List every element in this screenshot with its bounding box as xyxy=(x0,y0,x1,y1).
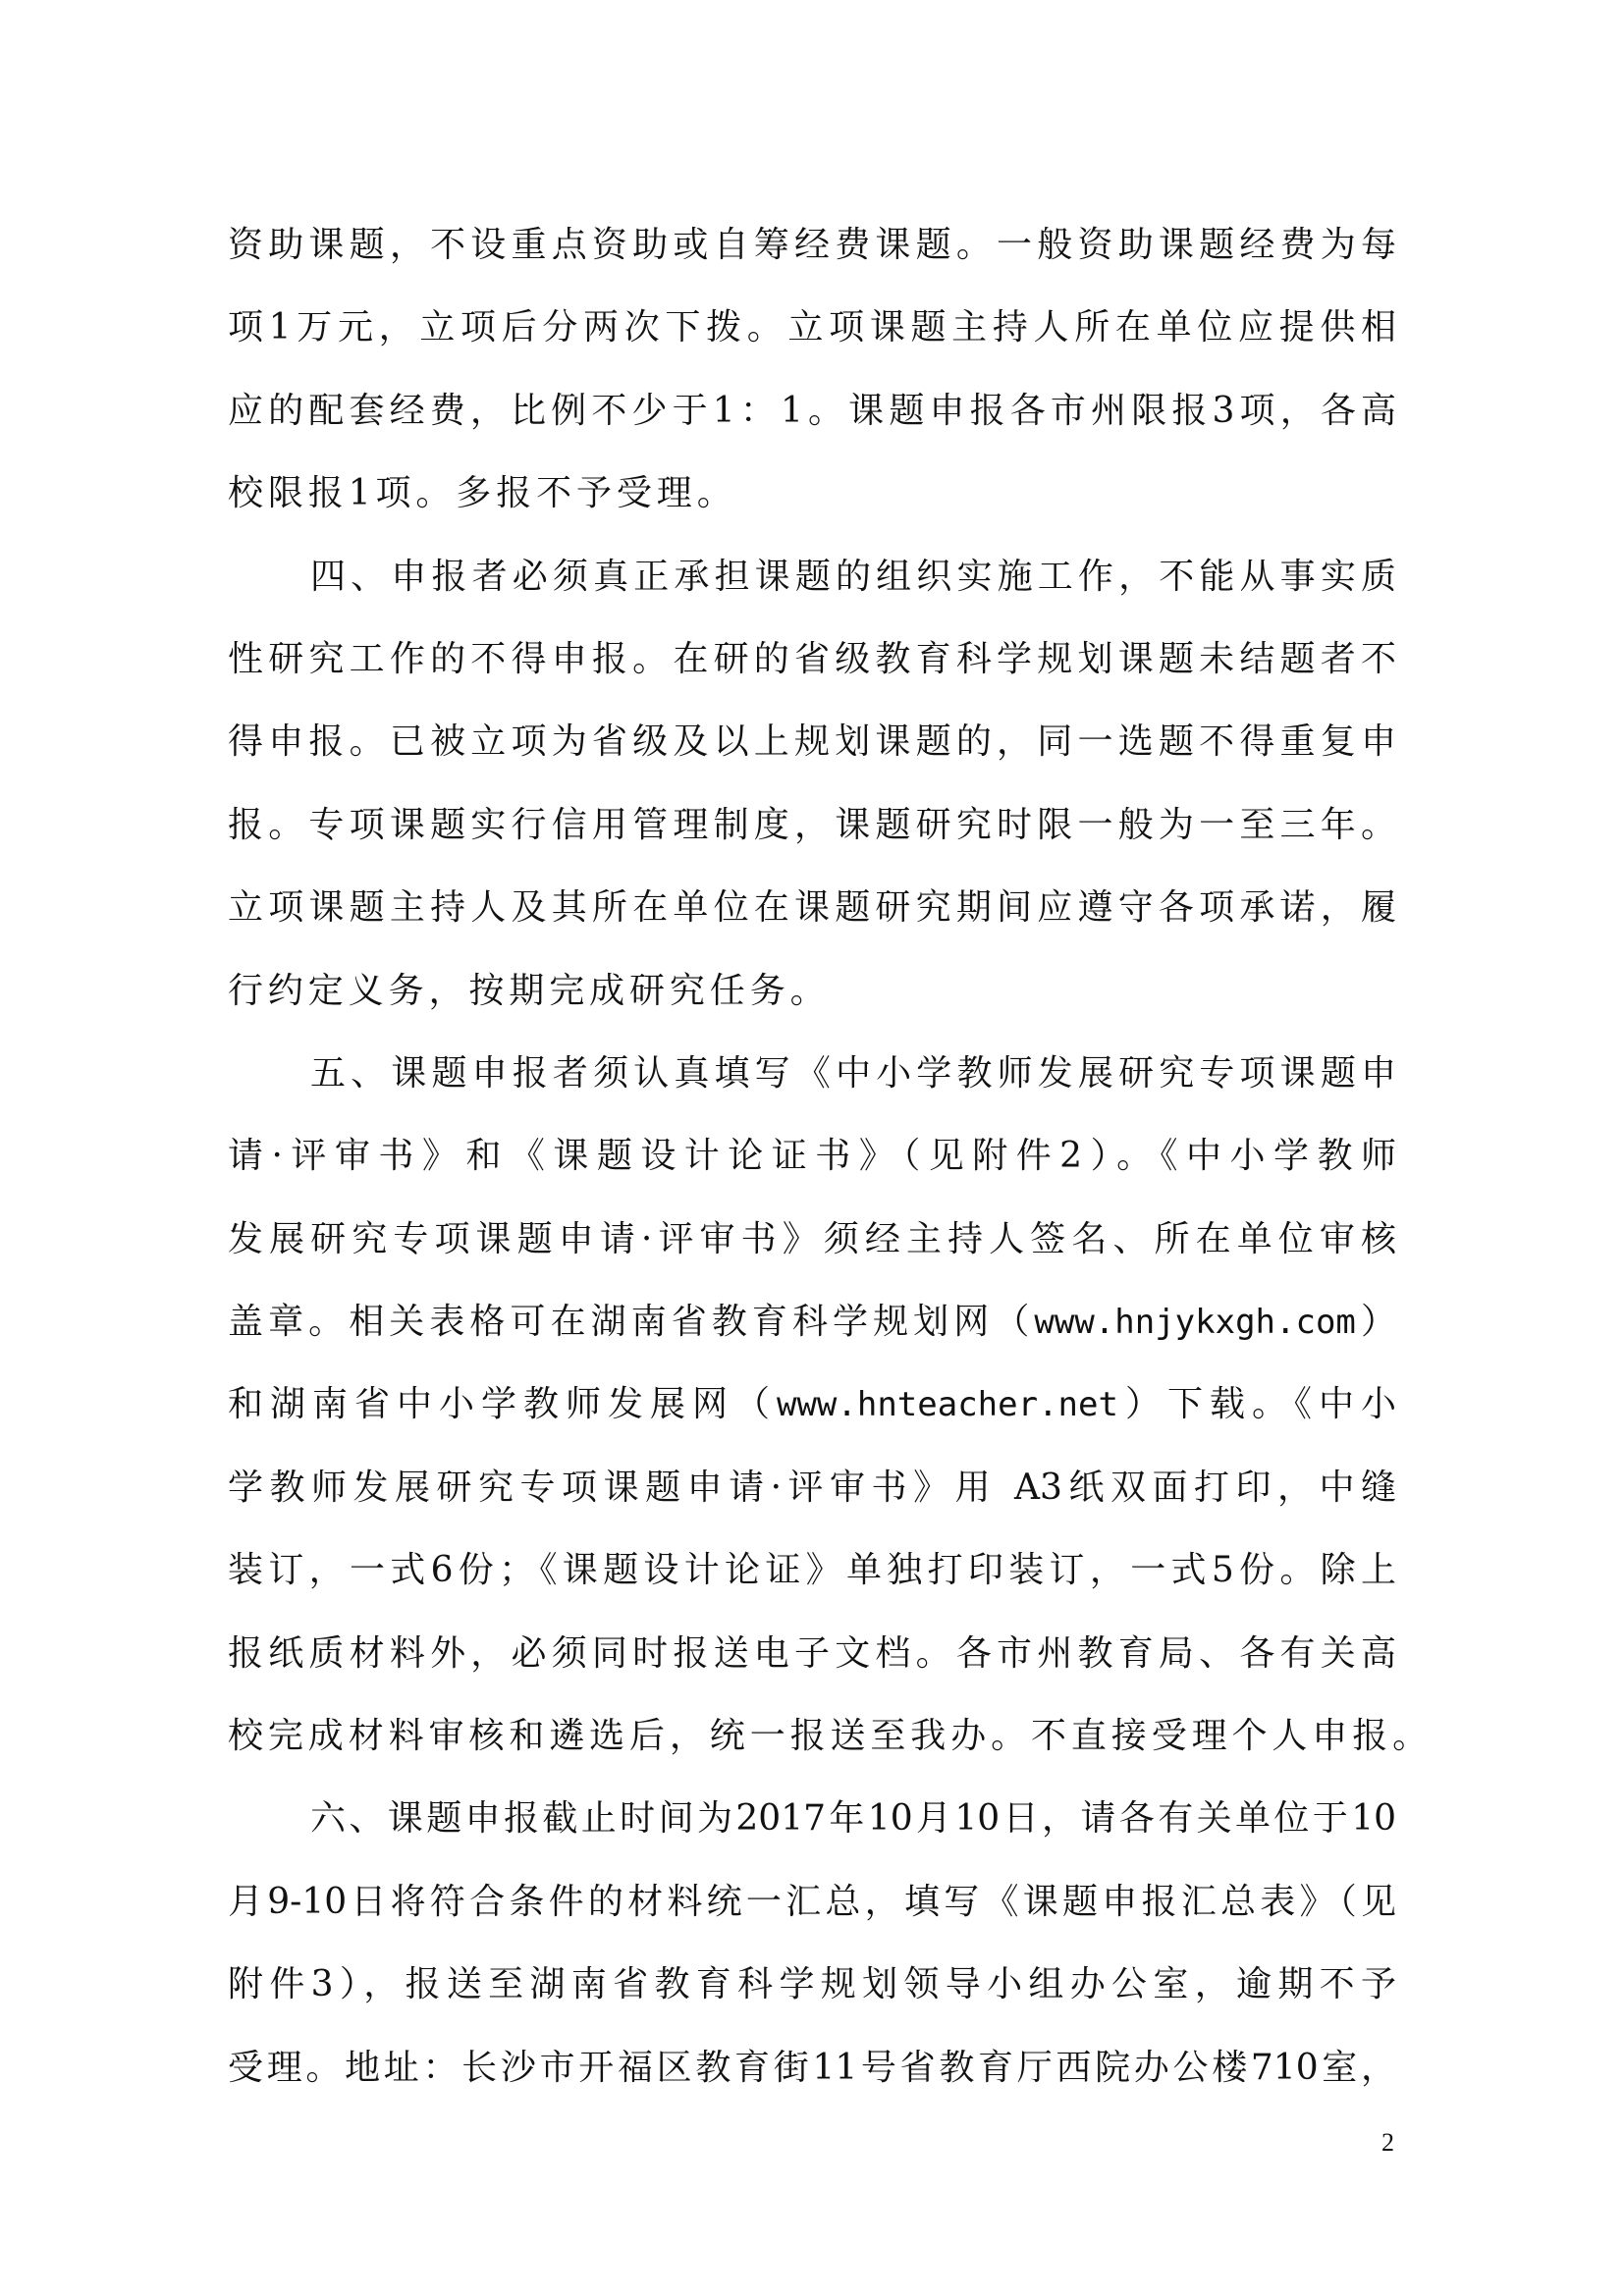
document-page: 资助课题，不设重点资助或自筹经费课题。一般资助课题经费为每项1万元，立项后分两次… xyxy=(0,0,1624,2296)
paragraph-section-4: 四、申报者必须真正承担课题的组织实施工作，不能从事实质性研究工作的不得申报。在研… xyxy=(228,550,1396,1046)
text-line: 行约定义务，按期完成研究任务。 xyxy=(228,964,1396,1046)
text-line: 性研究工作的不得申报。在研的省级教育科学规划课题未结题者不 xyxy=(228,632,1396,715)
text-line: 发展研究专项课题申请·评审书》须经主持人签名、所在单位审核 xyxy=(228,1212,1396,1295)
text-line: 得申报。已被立项为省级及以上规划课题的，同一选题不得重复申 xyxy=(228,715,1396,797)
text-line: 月9-10日将符合条件的材料统一汇总，填写《课题申报汇总表》（见 xyxy=(228,1875,1396,1957)
text-line: 五、课题申报者须认真填写《中小学教师发展研究专项课题申 xyxy=(228,1046,1396,1129)
text-line: 项1万元，立项后分两次下拨。立项课题主持人所在单位应提供相 xyxy=(228,300,1396,383)
text-line: 盖章。相关表格可在湖南省教育科学规划网（www.hnjykxgh.com） xyxy=(228,1295,1396,1377)
text-line: 报纸质材料外，必须同时报送电子文档。各市州教育局、各有关高 xyxy=(228,1627,1396,1709)
paragraph-section-6: 六、课题申报截止时间为2017年10月10日，请各有关单位于10月9-10日将符… xyxy=(228,1791,1396,2123)
text-line: 校限报1项。多报不予受理。 xyxy=(228,466,1396,549)
text-line: 资助课题，不设重点资助或自筹经费课题。一般资助课题经费为每 xyxy=(228,218,1396,300)
text-line: 请·评审书》和《课题设计论证书》（见附件2）。《中小学教师 xyxy=(228,1129,1396,1211)
text-line: 学教师发展研究专项课题申请·评审书》用 A3纸双面打印，中缝 xyxy=(228,1461,1396,1543)
text-line: 四、申报者必须真正承担课题的组织实施工作，不能从事实质 xyxy=(228,550,1396,632)
text-line: 立项课题主持人及其所在单位在课题研究期间应遵守各项承诺，履 xyxy=(228,881,1396,963)
text-line: 报。专项课题实行信用管理制度，课题研究时限一般为一至三年。 xyxy=(228,798,1396,881)
url-text: www.hnjykxgh.com xyxy=(1034,1303,1356,1342)
body-text: 资助课题，不设重点资助或自筹经费课题。一般资助课题经费为每项1万元，立项后分两次… xyxy=(228,218,1396,2123)
url-text: www.hnteacher.net xyxy=(777,1385,1118,1424)
page-number: 2 xyxy=(1381,2128,1394,2158)
text-line: 和湖南省中小学教师发展网（www.hnteacher.net）下载。《中小 xyxy=(228,1377,1396,1460)
paragraph-section-5: 五、课题申报者须认真填写《中小学教师发展研究专项课题申请·评审书》和《课题设计论… xyxy=(228,1046,1396,1792)
paragraph-cont-3: 资助课题，不设重点资助或自筹经费课题。一般资助课题经费为每项1万元，立项后分两次… xyxy=(228,218,1396,550)
text-line: 附件3），报送至湖南省教育科学规划领导小组办公室，逾期不予 xyxy=(228,1957,1396,2040)
text-line: 装订，一式6份；《课题设计论证》单独打印装订，一式5份。除上 xyxy=(228,1543,1396,1626)
text-line: 校完成材料审核和遴选后，统一报送至我办。不直接受理个人申报。 xyxy=(228,1709,1396,1791)
text-line: 六、课题申报截止时间为2017年10月10日，请各有关单位于10 xyxy=(228,1791,1396,1874)
text-line: 应的配套经费，比例不少于1：1。课题申报各市州限报3项，各高 xyxy=(228,384,1396,466)
text-line: 受理。地址：长沙市开福区教育街11号省教育厅西院办公楼710室， xyxy=(228,2041,1396,2123)
